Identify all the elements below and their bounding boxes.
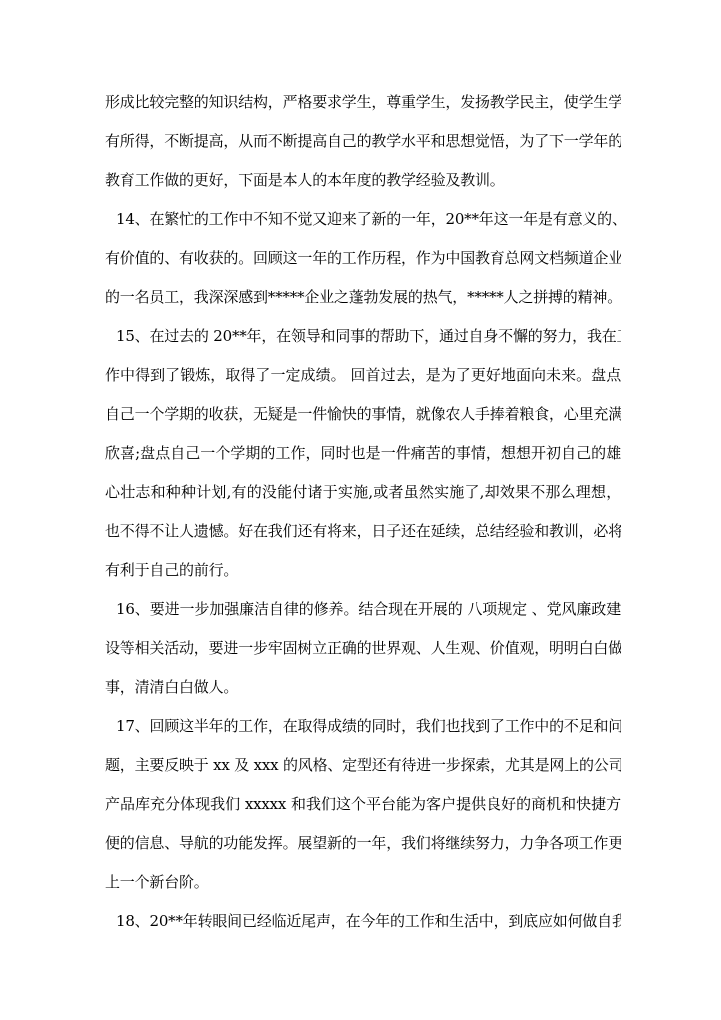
- paragraph: 17、回顾这半年的工作，在取得成绩的同时，我们也找到了工作中的不足和问题，主要反…: [105, 707, 621, 902]
- paragraph: 14、在繁忙的工作中不知不觉又迎来了新的一年，20**年这一年是有意义的、有价值…: [105, 200, 621, 317]
- text-line: 产品库充分体现我们 xxxxx 和我们这个平台能为客户提供良好的商机和快捷方: [105, 785, 621, 824]
- text-line: 也不得不让人遗憾。好在我们还有将来，日子还在延续，总结经验和教训，必将: [105, 512, 621, 551]
- text-line: 形成比较完整的知识结构，严格要求学生，尊重学生，发扬教学民主，使学生学: [105, 83, 621, 122]
- document-page: 形成比较完整的知识结构，严格要求学生，尊重学生，发扬教学民主，使学生学有所得，不…: [0, 0, 721, 1020]
- document-body: 形成比较完整的知识结构，严格要求学生，尊重学生，发扬教学民主，使学生学有所得，不…: [105, 83, 621, 941]
- text-line: 15、在过去的 20**年，在领导和同事的帮助下，通过自身不懈的努力，我在工: [105, 317, 621, 356]
- text-line: 的一名员工，我深深感到*****企业之蓬勃发展的热气，*****人之拼搏的精神。: [105, 278, 621, 317]
- text-line: 有价值的、有收获的。回顾这一年的工作历程，作为中国教育总网文档频道企业: [105, 239, 621, 278]
- text-line: 上一个新台阶。: [105, 863, 621, 902]
- text-line: 17、回顾这半年的工作，在取得成绩的同时，我们也找到了工作中的不足和问: [105, 707, 621, 746]
- text-line: 事，清清白白做人。: [105, 668, 621, 707]
- text-line: 便的信息、导航的功能发挥。展望新的一年，我们将继续努力，力争各项工作更: [105, 824, 621, 863]
- text-line: 14、在繁忙的工作中不知不觉又迎来了新的一年，20**年这一年是有意义的、: [105, 200, 621, 239]
- paragraph: 形成比较完整的知识结构，严格要求学生，尊重学生，发扬教学民主，使学生学有所得，不…: [105, 83, 621, 200]
- text-line: 题，主要反映于 xx 及 xxx 的风格、定型还有待进一步探索，尤其是网上的公司: [105, 746, 621, 785]
- paragraph: 15、在过去的 20**年，在领导和同事的帮助下，通过自身不懈的努力，我在工作中…: [105, 317, 621, 590]
- text-line: 欣喜;盘点自己一个学期的工作，同时也是一件痛苦的事情，想想开初自己的雄: [105, 434, 621, 473]
- text-line: 16、要进一步加强廉洁自律的修养。结合现在开展的 八项规定 、党风廉政建: [105, 590, 621, 629]
- text-line: 设等相关活动，要进一步牢固树立正确的世界观、人生观、价值观，明明白白做: [105, 629, 621, 668]
- text-line: 心壮志和种种计划,有的没能付诸于实施,或者虽然实施了,却效果不那么理想，: [105, 473, 621, 512]
- text-line: 教育工作做的更好，下面是本人的本年度的教学经验及教训。: [105, 161, 621, 200]
- paragraph: 16、要进一步加强廉洁自律的修养。结合现在开展的 八项规定 、党风廉政建设等相关…: [105, 590, 621, 707]
- text-line: 有利于自己的前行。: [105, 551, 621, 590]
- text-line: 自己一个学期的收获，无疑是一件愉快的事情，就像农人手捧着粮食，心里充满: [105, 395, 621, 434]
- paragraph: 18、20**年转眼间已经临近尾声，在今年的工作和生活中，到底应如何做自我: [105, 902, 621, 941]
- text-line: 作中得到了锻炼，取得了一定成绩。 回首过去，是为了更好地面向未来。盘点: [105, 356, 621, 395]
- text-line: 有所得，不断提高，从而不断提高自己的教学水平和思想觉悟，为了下一学年的: [105, 122, 621, 161]
- text-line: 18、20**年转眼间已经临近尾声，在今年的工作和生活中，到底应如何做自我: [105, 902, 621, 941]
